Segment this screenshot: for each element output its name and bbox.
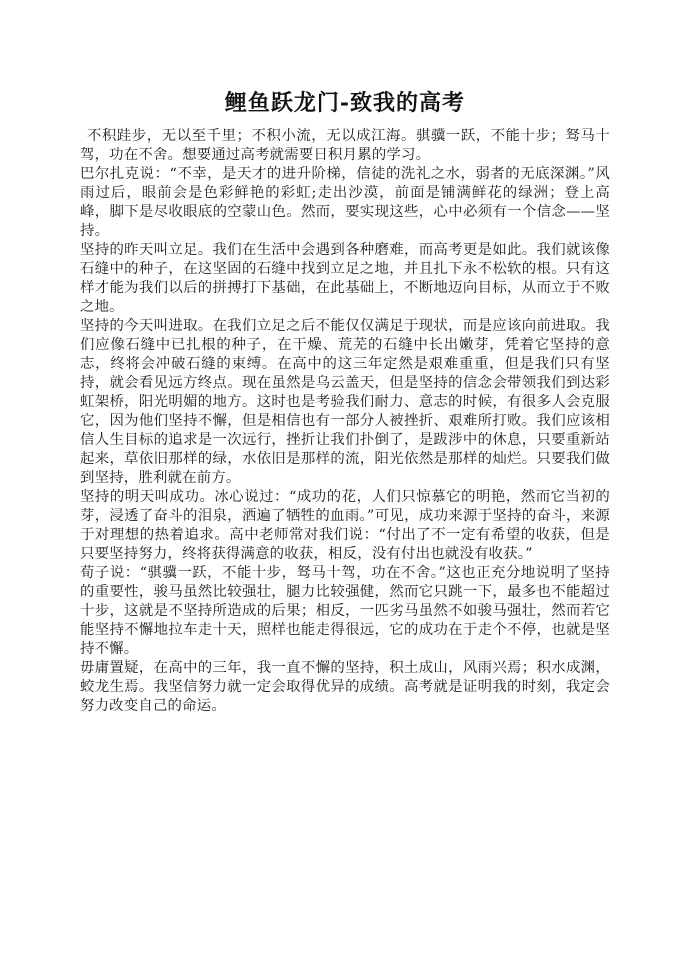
essay-paragraph-4: 坚持的今天叫进取。在我们立足之后不能仅仅满足于现状，而是应该向前进取。我们应像石… [80,317,610,488]
essay-paragraph-5: 坚持的明天叫成功。冰心说过：“成功的花，人们只惊慕它的明艳，然而它当初的芽，浸透… [80,488,610,564]
essay-body: 不积跬步，无以至千里；不积小流，无以成江海。骐骥一跃，不能十步；驽马十驾，功在不… [80,127,610,716]
essay-paragraph-1: 不积跬步，无以至千里；不积小流，无以成江海。骐骥一跃，不能十步；驽马十驾，功在不… [80,127,610,165]
essay-paragraph-3: 坚持的昨天叫立足。我们在生活中会遇到各种磨难，而高考更是如此。我们就该像石缝中的… [80,241,610,317]
essay-paragraph-6: 荀子说：“骐骥一跃，不能十步，驽马十驾，功在不舍。”这也正充分地说明了坚持的重要… [80,564,610,659]
essay-paragraph-7: 毋庸置疑，在高中的三年，我一直不懈的坚持，积土成山，风雨兴焉；积水成渊，蛟龙生焉… [80,659,610,716]
essay-paragraph-2: 巴尔扎克说：“不幸，是天才的进升阶梯，信徒的洗礼之水，弱者的无底深渊。”风雨过后… [80,165,610,241]
document-page: 鲤鱼跃龙门-致我的高考 不积跬步，无以至千里；不积小流，无以成江海。骐骥一跃，不… [0,0,690,976]
document-title: 鲤鱼跃龙门-致我的高考 [80,88,610,118]
